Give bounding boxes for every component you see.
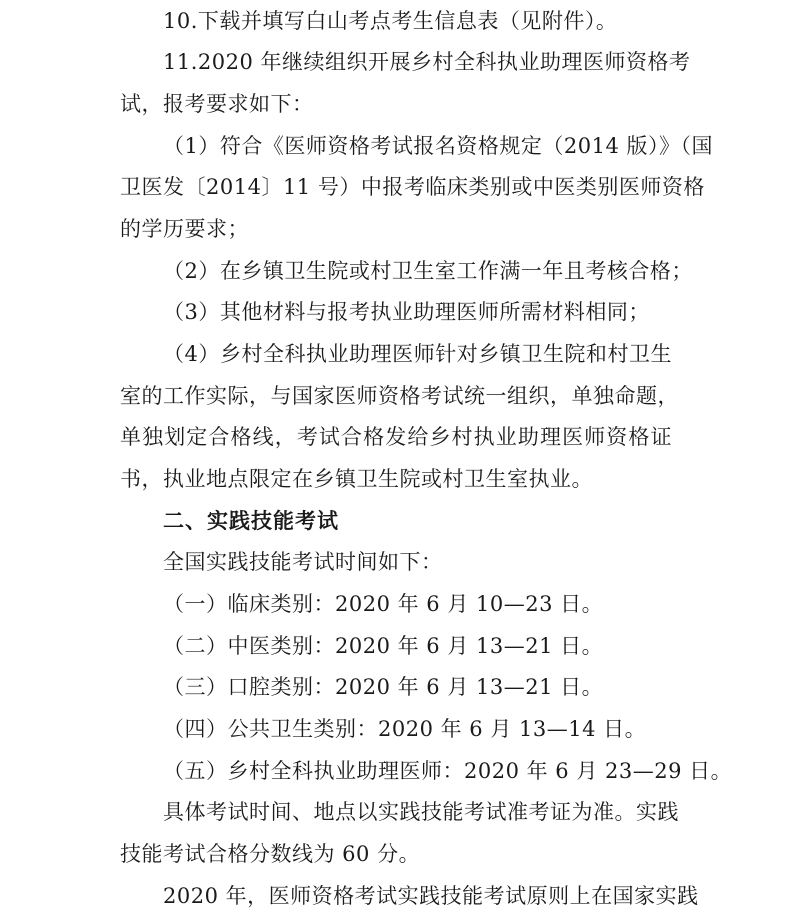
schedule-tcm: （二）中医类别：2020 年 6 月 13—21 日。: [163, 625, 672, 667]
requirement-1-cont: 卫医发〔2014〕11 号）中报考临床类别或中医类别医师资格: [120, 166, 672, 208]
passing-score-note: 技能考试合格分数线为 60 分。: [120, 833, 672, 875]
schedule-dental: （三）口腔类别：2020 年 6 月 13—21 日。: [163, 666, 672, 708]
requirement-1-end: 的学历要求；: [120, 208, 672, 250]
requirement-4-end: 书，执业地点限定在乡镇卫生院或村卫生室执业。: [120, 458, 672, 500]
schedule-intro: 全国实践技能考试时间如下：: [163, 541, 672, 583]
item-11-rural-exam-intro: 11.2020 年继续组织开展乡村全科执业助理医师资格考: [163, 41, 672, 83]
requirement-4-cont-2: 单独划定合格线，考试合格发给乡村执业助理医师资格证: [120, 416, 672, 458]
requirement-3: （3）其他材料与报考执业助理医师所需材料相同；: [163, 291, 672, 333]
requirement-1: （1）符合《医师资格考试报名资格规定（2014 版）》（国: [163, 125, 672, 167]
requirement-2: （2）在乡镇卫生院或村卫生室工作满一年且考核合格；: [163, 250, 672, 292]
requirement-4-cont-1: 室的工作实际，与国家医师资格考试统一组织，单独命题，: [120, 375, 672, 417]
item-11-rural-exam-intro-cont: 试，报考要求如下：: [120, 83, 672, 125]
section-heading-practical-skills: 二、实践技能考试: [163, 500, 672, 542]
schedule-clinical: （一）临床类别：2020 年 6 月 10—23 日。: [163, 583, 672, 625]
item-10-download-form: 10.下载并填写白山考点考生信息表（见附件）。: [163, 0, 672, 42]
requirement-4: （4）乡村全科执业助理医师针对乡镇卫生院和村卫生: [163, 333, 672, 375]
exam-details-note: 具体考试时间、地点以实践技能考试准考证为准。实践: [163, 791, 672, 833]
schedule-rural-general: （五）乡村全科执业助理医师：2020 年 6 月 23—29 日。: [163, 750, 672, 792]
schedule-public-health: （四）公共卫生类别：2020 年 6 月 13—14 日。: [163, 708, 672, 750]
exam-2020-location-note: 2020 年，医师资格考试实践技能考试原则上在国家实践: [163, 875, 672, 911]
